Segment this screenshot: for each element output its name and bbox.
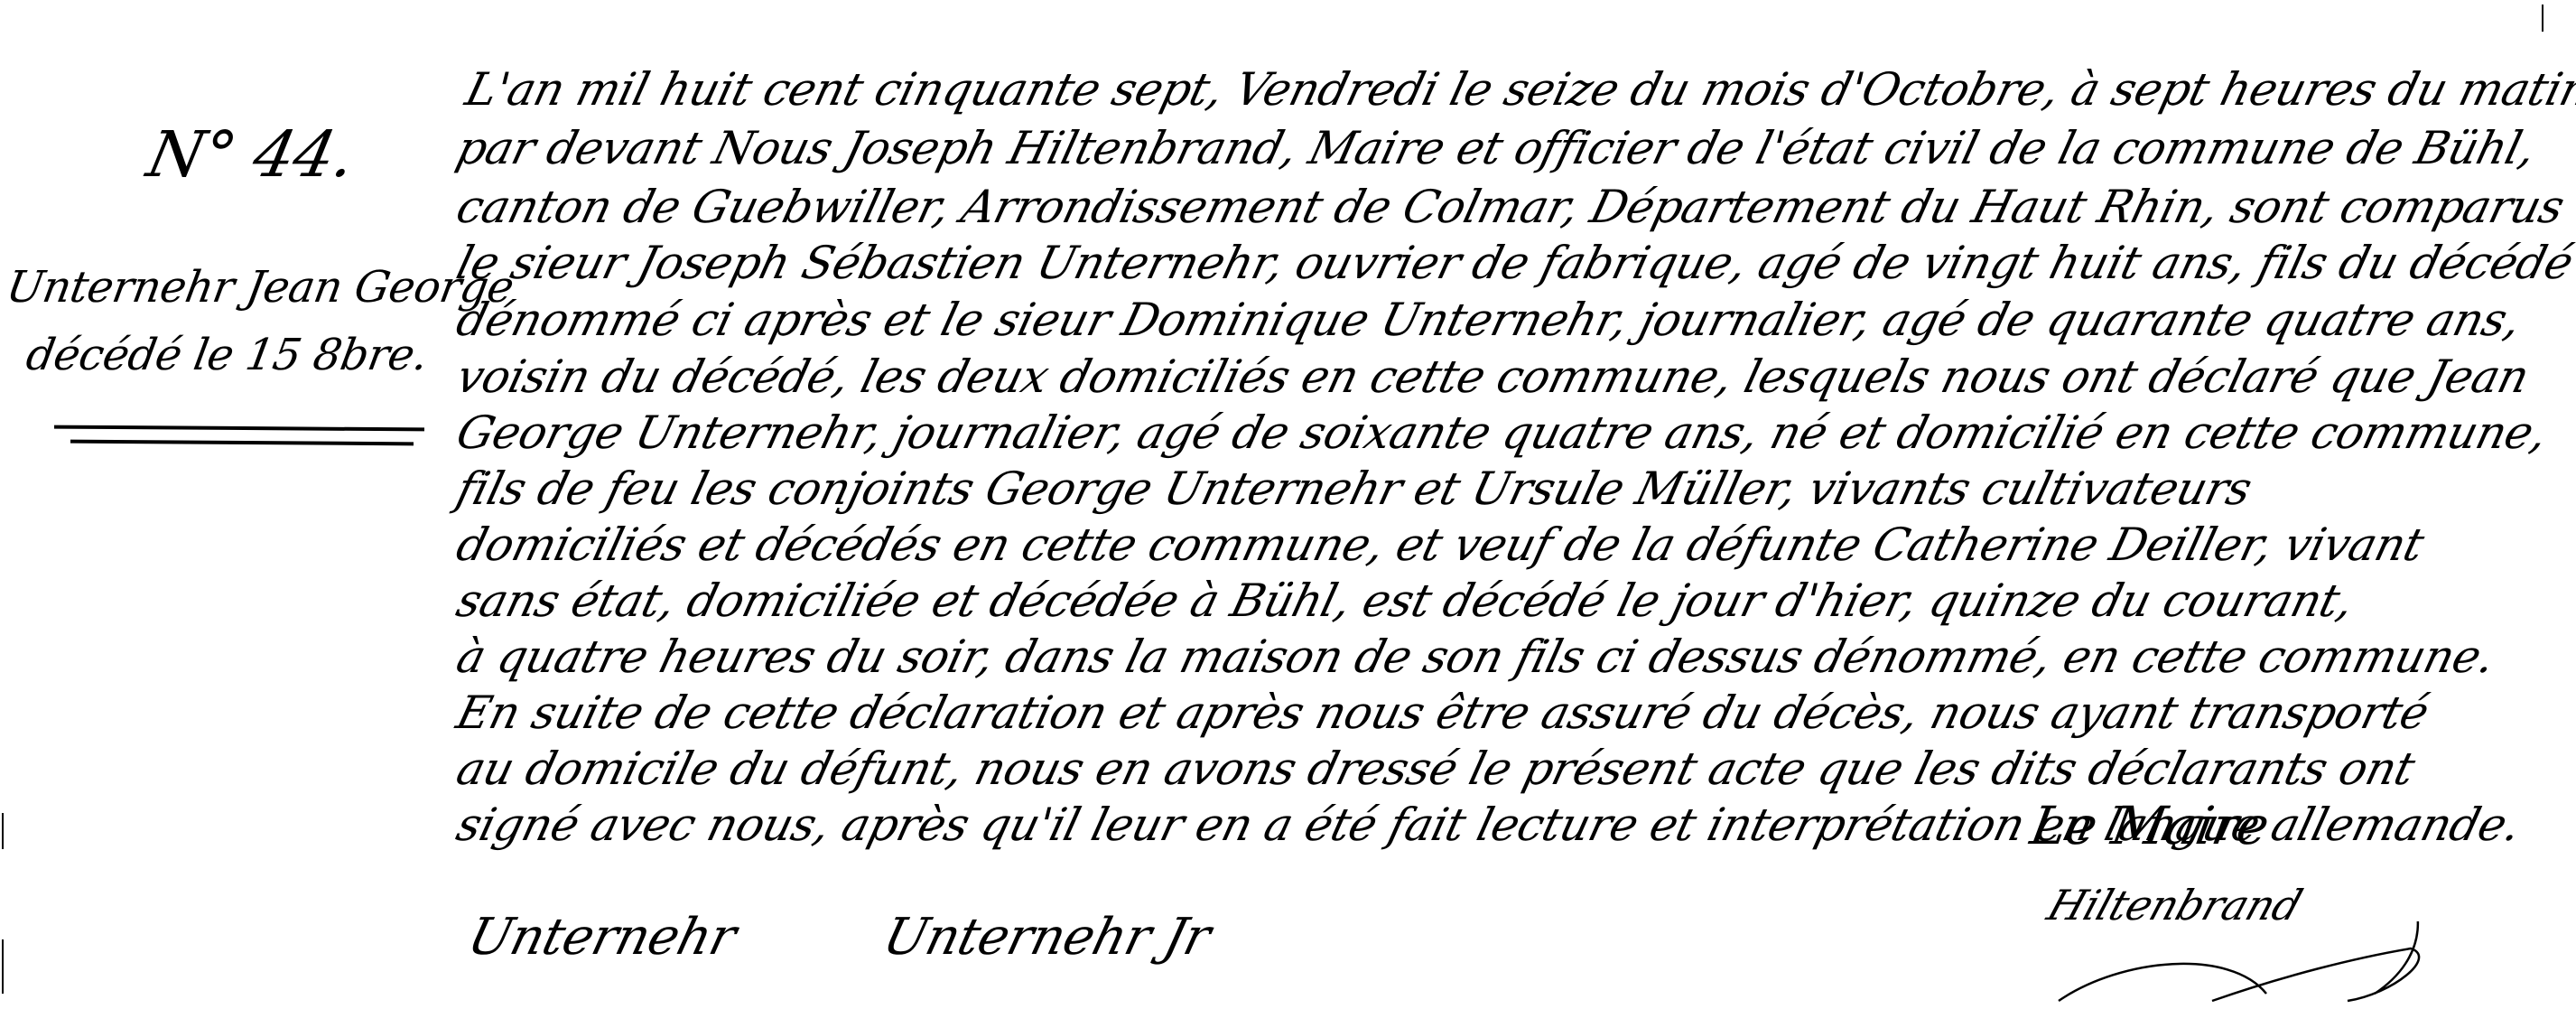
scan-edge-mark bbox=[2, 813, 4, 849]
body-line: le sieur Joseph Sébastien Unternehr, ouv… bbox=[451, 237, 2576, 289]
declarant-signature-2: Unternehr Jr bbox=[878, 908, 1216, 967]
body-line: canton de Guebwiller, Arrondissement de … bbox=[451, 181, 2569, 233]
body-line: En suite de cette déclaration et après n… bbox=[451, 687, 2434, 739]
body-line: fils de feu les conjoints George Unterne… bbox=[451, 462, 2256, 515]
body-line: sans état, domiciliée et décédée à Bühl,… bbox=[451, 575, 2358, 627]
document-page: N° 44. Unternehr Jean George décédé le 1… bbox=[0, 0, 2576, 1009]
body-line: voisin du décédé, les deux domiciliés en… bbox=[451, 350, 2534, 403]
body-line: L'an mil huit cent cinquante sept, Vendr… bbox=[460, 63, 2576, 116]
declarant-signature-1: Unternehr bbox=[462, 908, 741, 967]
signature-flourish-icon bbox=[2050, 921, 2429, 1003]
body-line: au domicile du défunt, nous en avons dre… bbox=[451, 743, 2420, 795]
record-number: N° 44. bbox=[141, 117, 361, 192]
body-line: dénommé ci après et le sieur Dominique U… bbox=[451, 294, 2526, 346]
margin-underline-bottom bbox=[70, 440, 414, 446]
maire-label: Le Maire bbox=[2026, 795, 2274, 856]
body-line: à quatre heures du soir, dans la maison … bbox=[451, 631, 2500, 683]
margin-deceased-name: Unternehr Jean George bbox=[3, 262, 517, 313]
margin-underline-top bbox=[54, 425, 424, 432]
body-line: George Unternehr, journalier, agé de soi… bbox=[451, 406, 2553, 459]
margin-death-date: décédé le 15 8bre. bbox=[23, 330, 432, 380]
scan-edge-mark bbox=[2, 939, 4, 994]
body-line: domiciliés et décédés en cette commune, … bbox=[451, 519, 2429, 571]
body-line: par devant Nous Joseph Hiltenbrand, Mair… bbox=[451, 122, 2541, 174]
scan-edge-mark bbox=[2542, 5, 2543, 32]
